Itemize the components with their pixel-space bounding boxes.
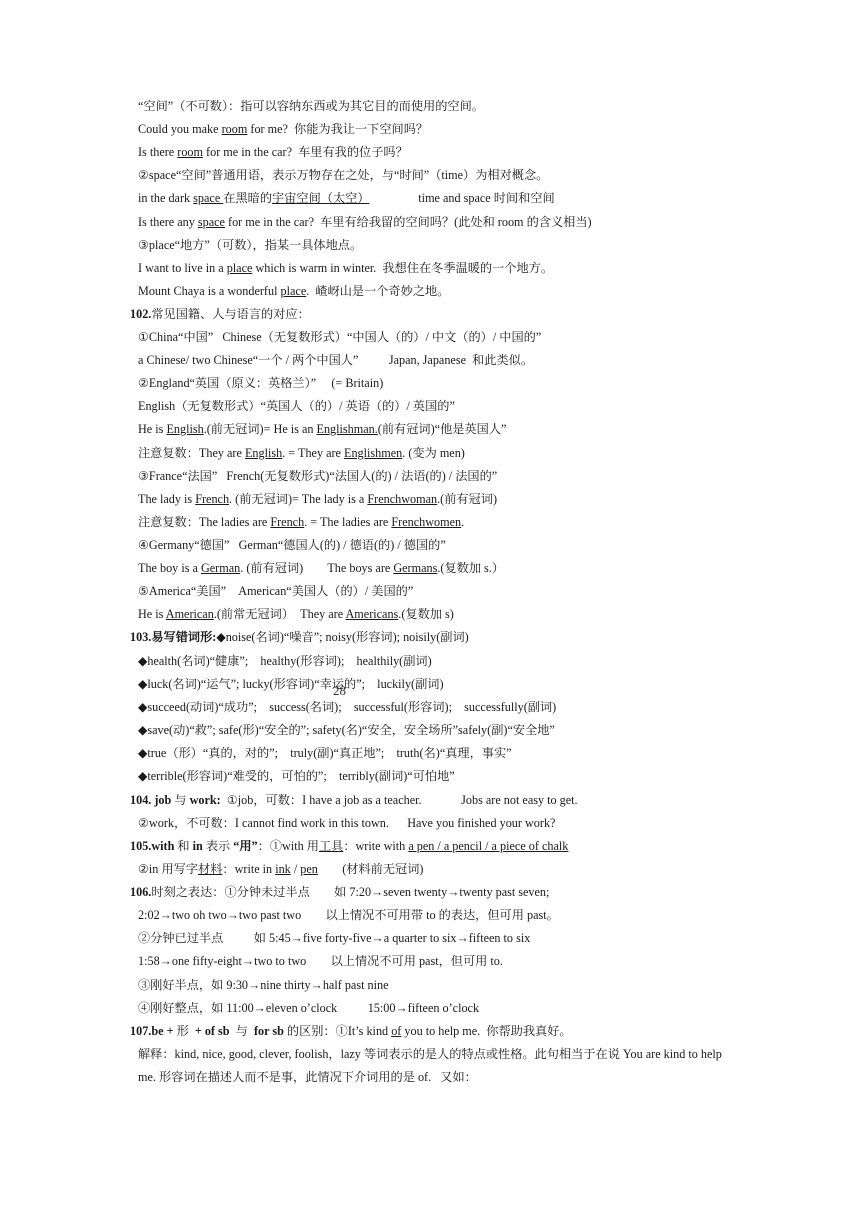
text-line: “空间”（不可数）：指可以容纳东西或为其它目的而使用的空间。 [138, 98, 484, 114]
underlined-term: space [193, 191, 223, 205]
text-line: ③place“地方”（可数），指某一具体地点。 [138, 237, 362, 253]
line-text: . (变为 men) [402, 446, 465, 460]
underlined-term: English [245, 446, 282, 460]
text-line: ④Germany“德国” German“德国人(的) / 德语(的) / 德国的… [138, 537, 446, 553]
underlined-term: 工具 [319, 839, 343, 853]
text-line: ◆true（形）“真的，对的”; truly(副)“真正地”; truth(名)… [138, 745, 512, 761]
underlined-term: American [166, 607, 214, 621]
text-line: ◆luck(名词)“运气”; lucky(形容词)“幸运的”; luckily(… [138, 676, 444, 692]
text-line: a Chinese/ two Chinese“一个 / 两个中国人” Japan… [138, 352, 533, 368]
text-line: ②in 用写字材料：write in ink / pen (材料前无冠词) [138, 861, 424, 877]
line-text: you to help me. 你帮助我真好。 [401, 1024, 571, 1038]
line-text: ◆luck(名词)“运气”; lucky(形容词)“幸运的”; luckily(… [138, 677, 444, 691]
line-text: 形 [177, 1024, 192, 1038]
underlined-term: place [281, 284, 307, 298]
text-line: 2:02→two oh two→two past two 以上情况不可用带 to… [138, 907, 559, 923]
line-text: ③刚好半点，如 9:30→nine thirty→half past nine [138, 978, 389, 992]
text-line: ③刚好半点，如 9:30→nine thirty→half past nine [138, 977, 389, 993]
underlined-term: ink [275, 862, 291, 876]
text-line: ③France“法国” French(无复数形式)“法国人(的) / 法语(的)… [138, 468, 497, 484]
text-line: ④刚好整点，如 11:00→eleven o’clock 15:00→fifte… [138, 1000, 479, 1016]
line-text: ：①with 用 [258, 839, 319, 853]
line-text: ：write in [222, 862, 275, 876]
underlined-term: French [195, 492, 229, 506]
line-text: ◆true（形）“真的，对的”; truly(副)“真正地”; truth(名)… [138, 746, 512, 760]
line-text: 和 [177, 839, 192, 853]
line-text: which is warm in winter. 我想住在冬季温暖的一个地方。 [252, 261, 553, 275]
text-line: Is there any space for me in the car? 车里… [138, 214, 592, 230]
line-text: ②work，不可数：I cannot find work in this tow… [138, 816, 555, 830]
text-line: I want to live in a place which is warm … [138, 260, 553, 276]
underlined-term: a pen / a pencil / a piece of chalk [408, 839, 568, 853]
section-heading-line: 106.时刻之表达：①分钟未过半点 如 7:20→seven twenty→tw… [130, 884, 549, 900]
bold-text: 易写错词形: [151, 630, 216, 644]
underlined-term: Germans [393, 561, 437, 575]
line-text: .(前常无冠词） They are [214, 607, 346, 621]
text-line: ②space“空间”普通用语，表示万物存在之处，与“时间”（time）为相对概念… [138, 167, 548, 183]
line-text: Could you make [138, 122, 222, 136]
bold-text: work: [190, 793, 221, 807]
document-page: 28 “空间”（不可数）：指可以容纳东西或为其它目的而使用的空间。Could y… [0, 0, 860, 1216]
line-text: I want to live in a [138, 261, 227, 275]
line-text: time and space 时间和空间 [370, 191, 555, 205]
line-text: ②space“空间”普通用语，表示万物存在之处，与“时间”（time）为相对概念… [138, 168, 548, 182]
line-text: 的区别：①It’s kind [287, 1024, 391, 1038]
underlined-term: room [177, 145, 203, 159]
section-heading-line: 107.be + 形 + of sb 与 for sb 的区别：①It’s ki… [130, 1023, 572, 1039]
text-line: ◆succeed(动词)“成功”; success(名词); successfu… [138, 699, 556, 715]
text-line: ②England“英国（原义：英格兰）” (= Britain) [138, 375, 383, 391]
section-heading-line: 103.易写错词形:◆noise(名词)“噪音”; noisy(形容词); no… [130, 629, 469, 645]
line-text: ③France“法国” French(无复数形式)“法国人(的) / 法语(的)… [138, 469, 497, 483]
text-line: ◆save(动)“救”; safe(形)“安全的”; safety(名)“安全，… [138, 722, 555, 738]
line-text: 与 [233, 1024, 254, 1038]
line-text: He is [138, 607, 166, 621]
text-line: ⑤America“美国” American“美国人（的）/ 美国的” [138, 583, 413, 599]
underlined-term: of [391, 1024, 401, 1038]
bold-text: 107.be + [130, 1024, 177, 1038]
underlined-term: English [166, 422, 203, 436]
line-text: ②England“英国（原义：英格兰）” (= Britain) [138, 376, 383, 390]
text-line: me. 形容词在描述人而不是事，此情况下介词用的是 of. 又如： [138, 1069, 477, 1085]
line-text: The lady is [138, 492, 195, 506]
line-text: 常见国籍、人与语言的对应： [151, 307, 309, 321]
underlined-term: French [270, 515, 304, 529]
underlined-term: Englishman. [317, 422, 378, 436]
line-text: me. 形容词在描述人而不是事，此情况下介词用的是 of. 又如： [138, 1070, 477, 1084]
line-text: . = The ladies are [304, 515, 391, 529]
text-line: English（无复数形式）“英国人（的）/ 英语（的）/ 英国的” [138, 398, 455, 414]
line-text: The boy is a [138, 561, 201, 575]
text-line: ②分钟已过半点 如 5:45→five forty-five→a quarter… [138, 930, 530, 946]
line-text: ◆terrible(形容词)“难受的，可怕的”; terribly(副词)“可怕… [138, 769, 455, 783]
line-text: ②in 用写字 [138, 862, 198, 876]
underlined-term: 宇宙空间（太空） [272, 191, 370, 205]
line-text: ：write with [343, 839, 408, 853]
line-text: 注意复数：They are [138, 446, 245, 460]
text-line: Mount Chaya is a wonderful place. 嵖岈山是一个… [138, 283, 449, 299]
line-text: . (前无冠词)= The lady is a [229, 492, 367, 506]
line-text: in the dark [138, 191, 193, 205]
line-text: .(复数加 s) [398, 607, 454, 621]
line-text: 在黑暗的 [223, 191, 272, 205]
line-text: ②分钟已过半点 如 5:45→five forty-five→a quarter… [138, 931, 530, 945]
text-line: ①China“中国” Chinese（无复数形式）“中国人（的）/ 中文（的）/… [138, 329, 541, 345]
underlined-term: Frenchwomen [391, 515, 461, 529]
line-text: (材料前无冠词) [318, 862, 424, 876]
line-text: ④刚好整点，如 11:00→eleven o’clock 15:00→fifte… [138, 1001, 479, 1015]
text-line: ◆health(名词)“健康”; healthy(形容词); healthily… [138, 653, 432, 669]
bold-text: 102. [130, 307, 151, 321]
section-heading-line: 104. job 与 work: ①job，可数：I have a job as… [130, 792, 578, 808]
line-text: 表示 [206, 839, 233, 853]
underlined-term: pen [300, 862, 318, 876]
underlined-term: place [227, 261, 253, 275]
line-text: . (前有冠词) The boys are [240, 561, 393, 575]
line-text: 与 [174, 793, 189, 807]
line-text: Is there any [138, 215, 198, 229]
text-line: ②work，不可数：I cannot find work in this tow… [138, 815, 555, 831]
bold-text: for sb [254, 1024, 287, 1038]
section-heading-line: 105.with 和 in 表示 “用”：①with 用工具：write wit… [130, 838, 568, 854]
line-text: for me? 你能为我让一下空间吗？ [247, 122, 428, 136]
line-text: ◆noise(名词)“噪音”; noisy(形容词); noisily(副词) [216, 630, 468, 644]
line-text: ◆succeed(动词)“成功”; success(名词); successfu… [138, 700, 556, 714]
text-line: in the dark space 在黑暗的宇宙空间（太空） time and … [138, 190, 555, 206]
line-text: Is there [138, 145, 177, 159]
line-text: .(前无冠词)= He is an [204, 422, 317, 436]
line-text: 1:58→one fifty-eight→two to two 以上情况不可用 … [138, 954, 503, 968]
bold-text: 106. [130, 885, 151, 899]
bold-text: in [193, 839, 206, 853]
line-text: ◆save(动)“救”; safe(形)“安全的”; safety(名)“安全，… [138, 723, 555, 737]
underlined-term: German [201, 561, 240, 575]
bold-text: 105.with [130, 839, 177, 853]
line-text: .(复数加 s.） [437, 561, 504, 575]
line-text: 解释：kind, nice, good, clever, foolish，laz… [138, 1047, 722, 1061]
underlined-term: Frenchwoman [367, 492, 437, 506]
line-text: .(前有冠词) [437, 492, 497, 506]
line-text: English（无复数形式）“英国人（的）/ 英语（的）/ 英国的” [138, 399, 455, 413]
line-text: He is [138, 422, 166, 436]
line-text: “空间”（不可数）：指可以容纳东西或为其它目的而使用的空间。 [138, 99, 484, 113]
underlined-term: Englishmen [344, 446, 402, 460]
underlined-term: room [222, 122, 248, 136]
bold-text: + of sb [192, 1024, 233, 1038]
line-text: ①job，可数：I have a job as a teacher. Jobs … [221, 793, 578, 807]
line-text: for me in the car? 车里有给我留的空间吗？(此处和 room … [225, 215, 592, 229]
line-text: ⑤America“美国” American“美国人（的）/ 美国的” [138, 584, 413, 598]
text-line: Is there room for me in the car? 车里有我的位子… [138, 144, 408, 160]
text-line: 注意复数：The ladies are French. = The ladies… [138, 514, 464, 530]
line-text: for me in the car? 车里有我的位子吗？ [203, 145, 408, 159]
text-line: 注意复数：They are English. = They are Englis… [138, 445, 465, 461]
text-line: 1:58→one fifty-eight→two to two 以上情况不可用 … [138, 953, 503, 969]
text-line: The boy is a German. (前有冠词) The boys are… [138, 560, 504, 576]
underlined-term: Americans [346, 607, 399, 621]
line-text: . = They are [282, 446, 344, 460]
text-line: He is English.(前无冠词)= He is an Englishma… [138, 421, 506, 437]
line-text: 时刻之表达：①分钟未过半点 如 7:20→seven twenty→twenty… [151, 885, 549, 899]
text-line: ◆terrible(形容词)“难受的，可怕的”; terribly(副词)“可怕… [138, 768, 455, 784]
line-text: a Chinese/ two Chinese“一个 / 两个中国人” Japan… [138, 353, 533, 367]
line-text: ③place“地方”（可数），指某一具体地点。 [138, 238, 362, 252]
line-text: ④Germany“德国” German“德国人(的) / 德语(的) / 德国的… [138, 538, 446, 552]
line-text: ◆health(名词)“健康”; healthy(形容词); healthily… [138, 654, 432, 668]
text-line: Could you make room for me? 你能为我让一下空间吗？ [138, 121, 428, 137]
bold-text: “用” [233, 839, 257, 853]
line-text: / [291, 862, 300, 876]
line-text: . 嵖岈山是一个奇妙之地。 [306, 284, 449, 298]
line-text: Mount Chaya is a wonderful [138, 284, 281, 298]
bold-text: 103. [130, 630, 151, 644]
line-text: . [461, 515, 464, 529]
bold-text: 104. job [130, 793, 174, 807]
line-text: 2:02→two oh two→two past two 以上情况不可用带 to… [138, 908, 559, 922]
underlined-term: space [198, 215, 225, 229]
line-text: (前有冠词)“他是英国人” [378, 422, 507, 436]
line-text: 注意复数：The ladies are [138, 515, 270, 529]
line-text: ①China“中国” Chinese（无复数形式）“中国人（的）/ 中文（的）/… [138, 330, 541, 344]
text-line: 解释：kind, nice, good, clever, foolish，laz… [138, 1046, 722, 1062]
text-line: He is American.(前常无冠词） They are American… [138, 606, 454, 622]
section-heading-line: 102.常见国籍、人与语言的对应： [130, 306, 310, 322]
text-line: The lady is French. (前无冠词)= The lady is … [138, 491, 497, 507]
underlined-term: 材料 [198, 862, 222, 876]
